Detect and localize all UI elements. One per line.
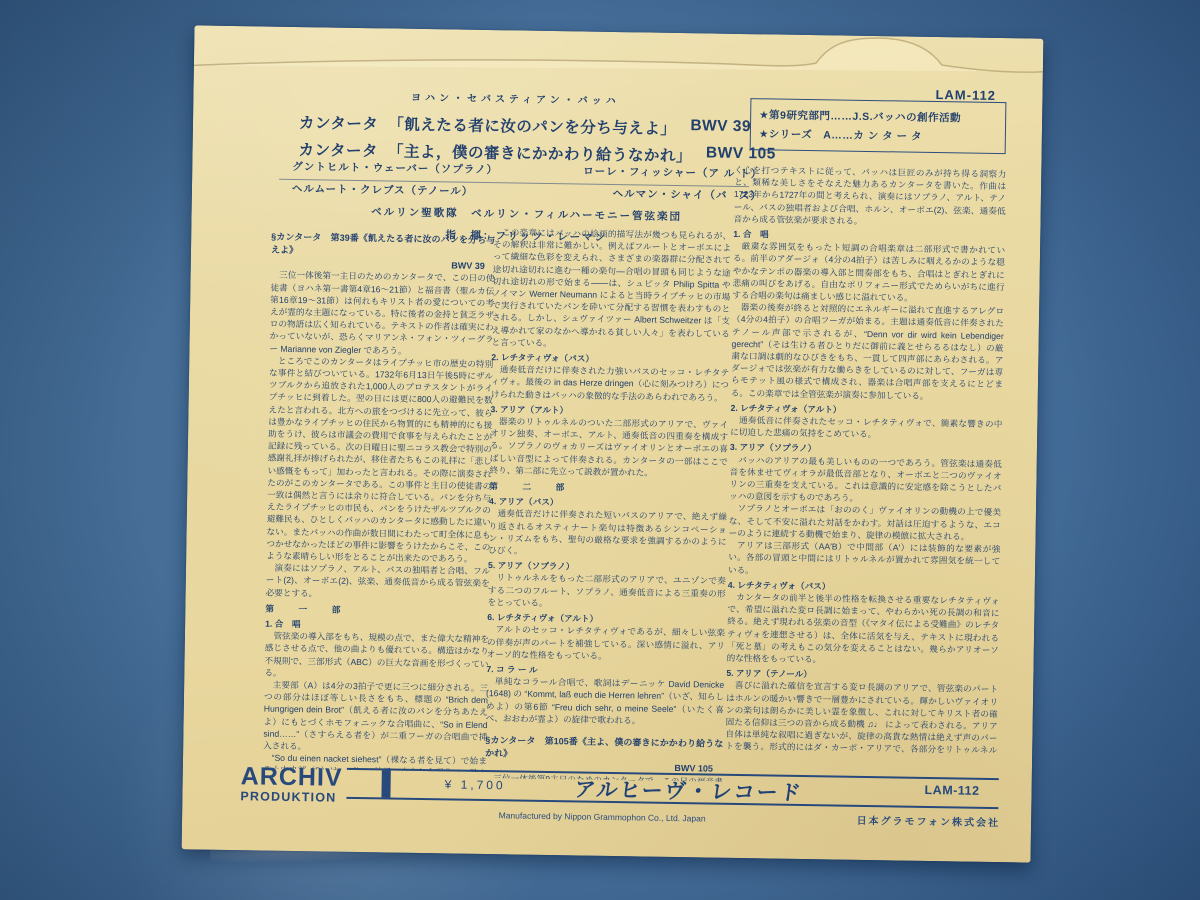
part-heading: 第 二 部 xyxy=(489,480,727,496)
paragraph: この楽章にはバッハの絵画的描写法が幾つも見られるが、その解釈は非常に難かしい。例… xyxy=(491,226,731,352)
credit-ensembles: ベルリン聖歌隊 ベルリン・フィルハーモニー管弦楽団 xyxy=(292,203,762,225)
manufacturer-line: Manufactured by Nippon Grammophon Co., L… xyxy=(482,810,722,824)
cantata-2-label: カンタータ xyxy=(298,138,378,161)
series-box-line-2: ★シリーズ A……カ ン タ ー タ xyxy=(759,126,997,145)
paragraph: 通奏低音に伴奏されたセッコ・レチタティヴォで、簡素な響きの中に切迫した悲痛の気持… xyxy=(730,414,1002,443)
footer-divider-bar xyxy=(381,770,390,797)
cantata-1-title: 「飢えたる者に汝のパンを分ち与えよ」 xyxy=(388,112,676,139)
paragraph: 単純なコラール合唱で、歌詞はデーニッケ David Denicke (1648)… xyxy=(486,675,725,728)
credit-soprano: グントヒルト・ウェーバー（ソプラノ） xyxy=(292,159,498,177)
liner-notes-column-left: §カンタータ 第39番《飢えたる者に汝のパンを分ち与えよ》 BWV 39 三位一… xyxy=(263,231,495,772)
paragraph: 主要部（A）は4分の3拍子で更に三つに細分される。三つの部分はほぼ等しい長さをも… xyxy=(263,679,488,756)
paragraph: 演奏にはソプラノ、アルト、バスの独唱者と合唱、フルート(2)、オーボエ(2)、弦… xyxy=(266,562,491,602)
liner-notes-column-right: く心を打つテキストに従って、バッハは巨匠のみが持ち得る洞察力と、類稀な美しさをそ… xyxy=(725,164,1006,758)
paragraph: カンタータの前半と後半の性格を転換させる重要なレチタティヴォで、希望に溢れた変ロ… xyxy=(727,591,1000,668)
paragraph: リトゥルネルをもった二部形式のアリアで、ユニゾンで奏する二つのフルート、ソプラノ… xyxy=(487,572,726,612)
paragraph: 三位一体後第一主日のためのカンタータで、この日の使徒書（ヨハネ第一書第4章16〜… xyxy=(269,269,494,358)
cantata-1-label: カンタータ xyxy=(299,111,379,134)
archiv-record-japanese-logo: アルヒーヴ・レコード xyxy=(477,772,901,809)
series-info-box: ★第9研究部門……J.S.バッハの創作活動 ★シリーズ A……カ ン タ ー タ xyxy=(750,98,1007,154)
paragraph: 器楽の後奏が終ると対照的にエネルギーに溢れて直進するアレグロ（4分の4拍子）の合… xyxy=(731,301,1004,403)
paragraph: ところでこのカンタータはライプチッヒ市の歴史の特別な事件と結びついている。173… xyxy=(266,354,493,565)
paragraph: アルトのセッコ・レチタティヴォであるが、細々しい弦楽の伴奏が声のパートを補強して… xyxy=(487,623,726,663)
paragraph: ソプラノとオーボエは「おののく」ヴァイオリンの動機の上で優美な、そして不安に溢れ… xyxy=(729,502,1002,543)
archiv-produktion-logo: ARCHIV PRODUKTION xyxy=(240,764,391,805)
liner-notes-column-middle: この楽章にはバッハの絵画的描写法が幾つも見られるが、その解釈は非常に難かしい。例… xyxy=(485,226,732,782)
cantata-1-bwv: BWV 39 xyxy=(690,117,751,140)
paragraph: アリアは三部形式（AA′B）で中間部（A′）には装飾的な要素が強い。各部の冒頭と… xyxy=(728,539,1001,580)
cantata-title-1: カンタータ 「飢えたる者に汝のパンを分ち与えよ」 BWV 39 xyxy=(299,111,779,141)
paragraph: バッハのアリアの最も美しいものの一つであろう。管弦楽は通奏低音を休ませてヴィオラ… xyxy=(729,454,1002,507)
paragraph: 通奏低音だけに伴奏された力強いバスのセッコ・レチタティヴォ。最後の in das… xyxy=(491,363,730,403)
paragraph: 器楽のリトゥルネルのついた二部形式のアリアで、ヴァイオリン独奏、オーボエ、アルト… xyxy=(489,415,728,480)
paragraph: 厳粛な雰囲気をもったト短調の合唱楽章は二部形式で書かれている。前半のアダージォ（… xyxy=(732,240,1005,305)
series-box-line-1: ★第9研究部門……J.S.バッハの創作活動 xyxy=(759,107,997,126)
paragraph: 通奏低音だけに伴奏された短いバスのアリアで、絶えず繰り返されるオスティナート楽句… xyxy=(488,508,727,561)
record-sleeve-back: LAM-112 ヨハン・セバスティアン・バッハ カンタータ 「飢えたる者に汝のパ… xyxy=(182,25,1044,862)
paragraph: 喜びに溢れた確信を宣言する変ロ長調のアリアで、管弦楽のパートはホルンの暖かい響き… xyxy=(725,679,998,758)
section-heading: §カンタータ 第105番《主よ、僕の審きにかかわり給うなかれ》 xyxy=(485,734,723,763)
archiv-logo-line-1: ARCHIV xyxy=(241,764,391,791)
part-heading: 第 一 部 xyxy=(265,602,489,618)
company-name-japanese: 日本グラモフォン株式会社 xyxy=(810,811,1000,829)
catalog-number-bottom: LAM-112 xyxy=(924,783,998,798)
paragraph: 管弦楽の導入部をもち、規模の点で、また偉大な精神を感じさせる点で、他の曲よりも優… xyxy=(264,630,489,682)
photo-of-record-back-cover: { "catalog_number_top": "LAM-112", "head… xyxy=(0,0,1200,900)
credit-tenor: ヘルムート・クレブス（テノール） xyxy=(292,181,474,199)
archiv-logo-line-2: PRODUKTION xyxy=(240,790,390,805)
paragraph: く心を打つテキストに従って、バッハは巨匠のみが持ち得る洞察力と、類稀な美しさをそ… xyxy=(733,164,1006,229)
section-heading: §カンタータ 第39番《飢えたる者に汝のパンを分ち与えよ》 xyxy=(271,231,495,260)
